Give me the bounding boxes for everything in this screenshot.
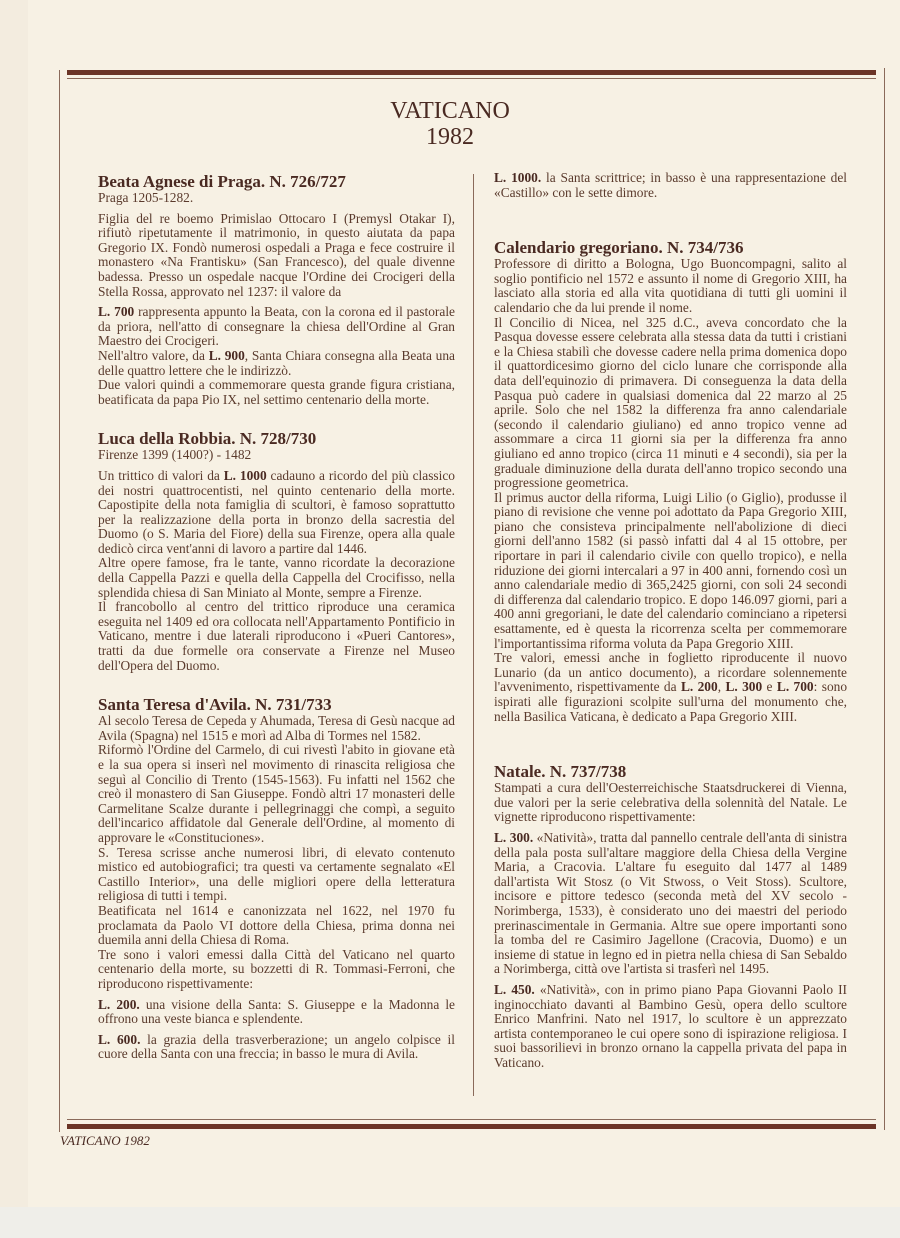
bottom-rule-thick	[67, 1124, 876, 1129]
section-paragraph: Figlia del re boemo Primislao Ottocaro I…	[98, 212, 455, 300]
section-subtitle: Firenze 1399 (1400?) - 1482	[98, 448, 455, 463]
page-edge-shade	[0, 0, 28, 1207]
left-column: Beata Agnese di Praga. N. 726/727Praga 1…	[98, 172, 455, 1062]
section-paragraph: Stampati a cura dell'Oesterreichische St…	[494, 781, 847, 825]
column-divider	[473, 174, 474, 1096]
footer-label: VATICANO 1982	[60, 1133, 150, 1149]
section-paragraph: Tre valori, emessi anche in foglietto ri…	[494, 651, 847, 724]
section-paragraph: L. 200. una visione della Santa: S. Gius…	[98, 998, 455, 1027]
section-heading: Beata Agnese di Praga. N. 726/727	[98, 172, 455, 191]
section-heading: Santa Teresa d'Avila. N. 731/733	[98, 695, 455, 714]
section-heading: Luca della Robbia. N. 728/730	[98, 429, 455, 448]
section-paragraph: Tre sono i valori emessi dalla Città del…	[98, 948, 455, 992]
left-border	[59, 70, 60, 1132]
top-rule-thick	[67, 70, 876, 75]
page-title: VATICANO	[0, 98, 900, 124]
right-column: L. 1000. la Santa scrittrice; in basso è…	[494, 171, 847, 1070]
section-paragraph: Il Concilio di Nicea, nel 325 d.C., avev…	[494, 316, 847, 491]
section-paragraph: L. 300. «Natività», tratta dal pannello …	[494, 831, 847, 977]
section-paragraph: L. 1000. la Santa scrittrice; in basso è…	[494, 171, 847, 200]
section-paragraph: Due valori quindi a commemorare questa g…	[98, 378, 455, 407]
section-paragraph: Professore di diritto a Bologna, Ugo Buo…	[494, 257, 847, 315]
article-section: Beata Agnese di Praga. N. 726/727Praga 1…	[98, 172, 455, 407]
section-paragraph: S. Teresa scrisse anche numerosi libri, …	[98, 846, 455, 904]
section-paragraph: Beatificata nel 1614 e canonizzata nel 1…	[98, 904, 455, 948]
article-section: Luca della Robbia. N. 728/730Firenze 139…	[98, 429, 455, 673]
bottom-rule-thin	[67, 1119, 876, 1120]
section-paragraph: Un trittico di valori da L. 1000 cadauno…	[98, 469, 455, 557]
section-paragraph: Al secolo Teresa de Cepeda y Ahumada, Te…	[98, 714, 455, 743]
article-section: Santa Teresa d'Avila. N. 731/733Al secol…	[98, 695, 455, 1062]
section-paragraph: L. 700 rappresenta appunto la Beata, con…	[98, 305, 455, 349]
article-section: Natale. N. 737/738Stampati a cura dell'O…	[494, 762, 847, 1070]
section-subtitle: Praga 1205-1282.	[98, 191, 455, 206]
article-section: L. 1000. la Santa scrittrice; in basso è…	[494, 171, 847, 200]
right-border	[884, 68, 885, 1130]
article-section: Calendario gregoriano. N. 734/736Profess…	[494, 238, 847, 724]
section-paragraph: Nell'altro valore, da L. 900, Santa Chia…	[98, 349, 455, 378]
section-paragraph: L. 600. la grazia della trasverberazione…	[98, 1033, 455, 1062]
section-heading: Natale. N. 737/738	[494, 762, 847, 781]
top-rule-thin	[67, 78, 876, 79]
section-heading: Calendario gregoriano. N. 734/736	[494, 238, 847, 257]
page-bottom-margin	[0, 1207, 900, 1238]
section-paragraph: L. 450. «Natività», con in primo piano P…	[494, 983, 847, 1071]
page-year: 1982	[0, 124, 900, 150]
section-paragraph: Il primus auctor della riforma, Luigi Li…	[494, 491, 847, 652]
section-paragraph: Riformò l'Ordine del Carmelo, di cui riv…	[98, 743, 455, 845]
section-paragraph: Il francobollo al centro del trittico ri…	[98, 600, 455, 673]
section-paragraph: Altre opere famose, fra le tante, vanno …	[98, 556, 455, 600]
